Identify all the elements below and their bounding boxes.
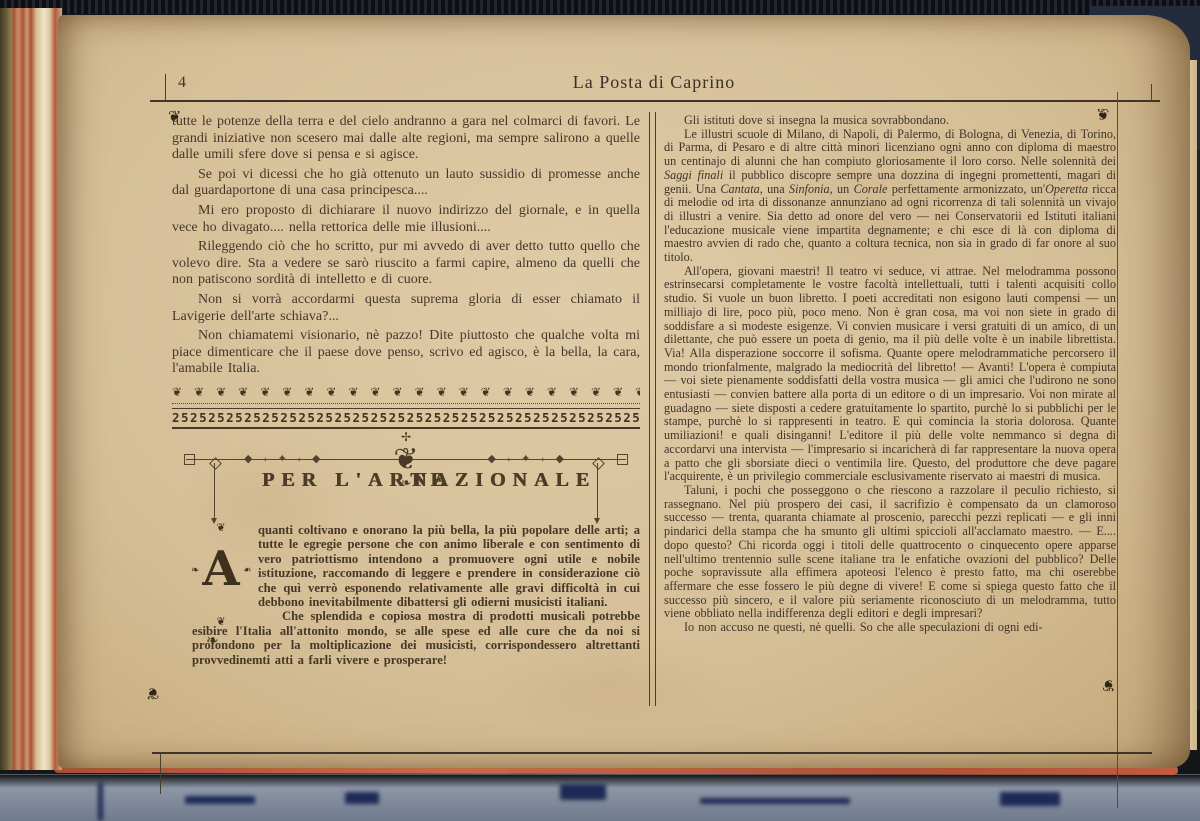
- dropcap-ornament-top-icon: ❦: [192, 523, 250, 533]
- paragraph: Rileggendo ciò che ho scritto, pur mi av…: [172, 239, 640, 289]
- desk-surface-top: [0, 0, 1200, 14]
- ornate-drop-cap: ❦ ❧ A ❧ ❦: [192, 525, 250, 623]
- text-frame-right-line: [1117, 92, 1118, 808]
- paragraph: Se poi vi dicessi che ho già ottenuto un…: [172, 167, 640, 200]
- paragraph: Gli istituti dove si insegna la musica s…: [664, 114, 1116, 128]
- paragraph: Le illustri scuole di Milano, di Napoli,…: [664, 128, 1116, 265]
- page-number: 4: [178, 74, 186, 92]
- banner-side-drop-left-icon: [214, 463, 215, 521]
- feature-title-right: NAZIONALE: [412, 469, 596, 492]
- banner-side-drop-right-icon: [597, 463, 598, 521]
- paragraph: Non si vorrà accordarmi questa suprema g…: [172, 292, 640, 325]
- fleuron-ornament-row: ❦ ❦ ❦ ❦ ❦ ❦ ❦ ❦ ❦ ❦ ❦ ❦ ❦ ❦ ❦ ❦ ❦ ❦ ❦ ❦ …: [172, 385, 640, 404]
- banner-line-ornaments-left-icon: ◆ ‹ ✦ › ◆: [244, 452, 324, 465]
- feature-title-banner: ◆ ‹ ✦ › ◆ ◆ ‹ ✦ › ◆ ✢ ❦ ❧ PER L'ARTE NAZ…: [172, 433, 640, 517]
- paragraph: Taluni, i pochi che posseggono o che rie…: [664, 484, 1116, 621]
- dropcap-tail-ornament-icon: ❧: [206, 631, 219, 650]
- corner-ornament-bottom-left-icon: ❦: [146, 684, 159, 700]
- greek-key-band: 2525252525252525252525252525252525252525…: [172, 408, 640, 425]
- paragraph: Che splendida e copiosa mostra di prodot…: [192, 609, 640, 667]
- scanned-book-page: 4 La Posta di Caprino ❦ ❦ ❦ ❦ tutte le p…: [0, 0, 1200, 821]
- banner-center-top-icon: ✢: [393, 431, 418, 443]
- banner-center-main-icon: ❦: [393, 443, 418, 477]
- desk-book-marking: [185, 796, 255, 804]
- right-column-paragraphs: Gli istituti dove si insegna la musica s…: [664, 114, 1116, 635]
- banner-center-bottom-icon: ❧: [393, 477, 418, 489]
- corner-ornament-bottom-right-icon: ❦: [1102, 676, 1115, 692]
- paragraph: Io non accuso ne questi, nè quelli. So c…: [664, 621, 1116, 635]
- dropcap-ornament-left-icon: ❧: [191, 565, 199, 576]
- paragraph: All'opera, giovani maestri! Il teatro vi…: [664, 265, 1116, 484]
- banner-center-ornament-icon: ✢ ❦ ❧: [393, 431, 418, 489]
- dropcap-ornament-right-icon: ❧: [243, 565, 251, 576]
- left-column-paragraphs: tutte le potenze della terra e del cielo…: [172, 114, 640, 378]
- paragraph: Non chiamatemi visionario, nè pazzo! Dit…: [172, 328, 640, 378]
- banner-end-square-left: [184, 454, 195, 465]
- journal-masthead-title: La Posta di Caprino: [573, 72, 735, 93]
- header-left-tick: [165, 74, 166, 102]
- paragraph: quanti coltivano e onorano la più bella,…: [192, 523, 640, 609]
- drop-cap-letter: A: [202, 541, 239, 597]
- desk-book-marking: [560, 784, 606, 800]
- dropcap-ornament-bottom-icon: ❦: [192, 617, 250, 627]
- desk-book-marking: [345, 792, 379, 804]
- book-spine-binding: [0, 8, 62, 770]
- paragraph: tutte le potenze della terra e del cielo…: [172, 114, 640, 164]
- banner-end-square-right: [617, 454, 628, 465]
- column-divider: [649, 112, 656, 706]
- greek-key-underline: [172, 427, 640, 429]
- right-column: Gli istituti dove si insegna la musica s…: [664, 114, 1116, 635]
- desk-surface-bottom: [0, 774, 1200, 821]
- banner-line-ornaments-right-icon: ◆ ‹ ✦ › ◆: [488, 452, 568, 465]
- footer-rule: [152, 752, 1152, 754]
- desk-book-marking: [1000, 792, 1060, 806]
- feature-paragraphs: quanti coltivano e onorano la più bella,…: [192, 523, 640, 667]
- header-rule: [150, 100, 1160, 102]
- desk-book-marking: [98, 782, 103, 821]
- left-column: tutte le potenze della terra e del cielo…: [172, 114, 640, 667]
- footer-left-tick: [160, 752, 161, 794]
- feature-article: ❦ ❧ A ❧ ❦ ❧ quanti coltivano e onorano l…: [192, 523, 640, 667]
- desk-book-marking: [700, 798, 850, 804]
- header-right-tick: [1151, 84, 1152, 102]
- paragraph: Mi ero proposto di dichiarare il nuovo i…: [172, 203, 640, 236]
